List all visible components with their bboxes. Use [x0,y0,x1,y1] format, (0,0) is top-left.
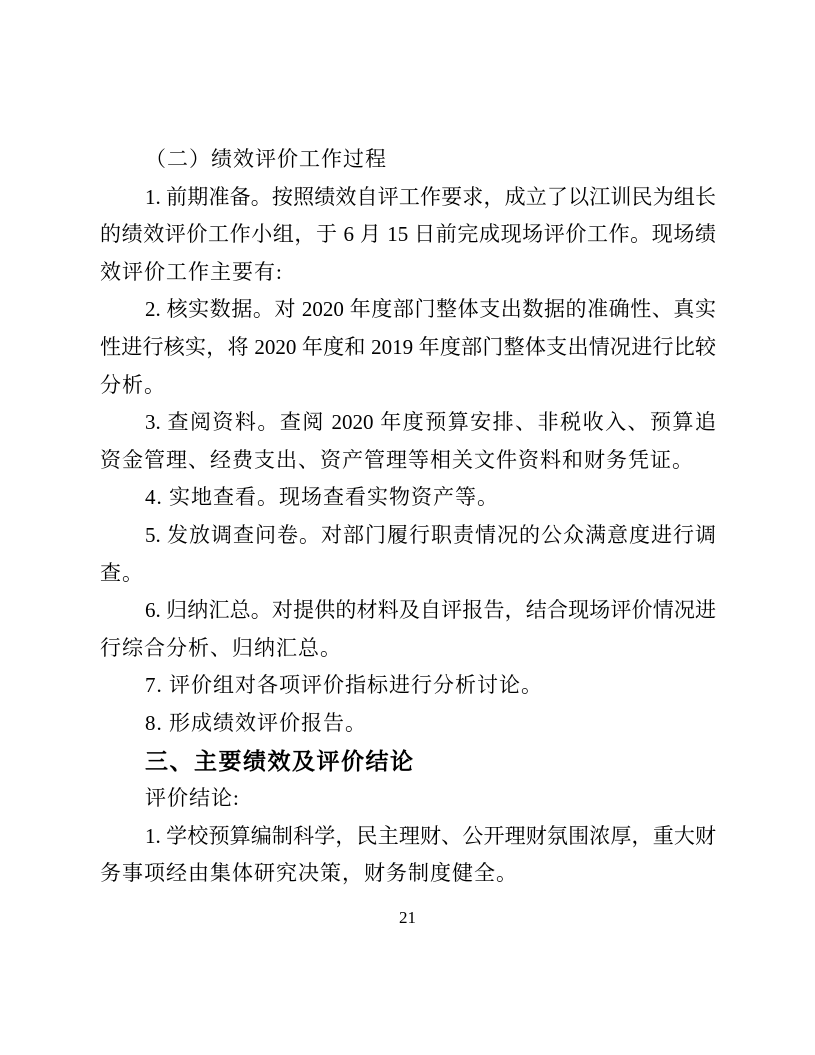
document-page: （二）绩效评价工作过程 1. 前期准备。按照绩效自评工作要求，成立了以江训民为组… [0,0,815,1055]
text-line: 性进行核实，将 2020 年度和 2019 年度部门整体支出情况进行比较 [100,329,716,367]
text-line: 查。 [100,555,716,593]
text-line: 行综合分析、归纳汇总。 [100,630,716,668]
text-line: 分析。 [100,367,716,405]
text-line: 1. 学校预算编制科学，民主理财、公开理财氛围浓厚，重大财 [100,818,716,856]
section-heading: 三、主要绩效及评价结论 [100,743,716,781]
text-line: 7. 评价组对各项评价指标进行分析讨论。 [100,667,716,705]
text-line: 1. 前期准备。按照绩效自评工作要求，成立了以江训民为组长 [100,179,716,217]
text-line: 3. 查阅资料。查阅 2020 年度预算安排、非税收入、预算追加、 [100,404,716,442]
text-line: 评价结论: [100,780,716,818]
text-line: 6. 归纳汇总。对提供的材料及自评报告，结合现场评价情况进 [100,592,716,630]
text-line: 资金管理、经费支出、资产管理等相关文件资料和财务凭证。 [100,442,716,480]
subsection-heading: （二）绩效评价工作过程 [100,141,716,179]
page-number: 21 [0,906,815,930]
text-line: 的绩效评价工作小组，于 6 月 15 日前完成现场评价工作。现场绩 [100,216,716,254]
text-line: 务事项经由集体研究决策，财务制度健全。 [100,855,716,893]
text-line: 5. 发放调查问卷。对部门履行职责情况的公众满意度进行调 [100,517,716,555]
text-line: 4. 实地查看。现场查看实物资产等。 [100,479,716,517]
document-body: （二）绩效评价工作过程 1. 前期准备。按照绩效自评工作要求，成立了以江训民为组… [100,141,716,893]
text-line: 8. 形成绩效评价报告。 [100,705,716,743]
text-line: 效评价工作主要有: [100,254,716,292]
text-line: 2. 核实数据。对 2020 年度部门整体支出数据的准确性、真实 [100,291,716,329]
